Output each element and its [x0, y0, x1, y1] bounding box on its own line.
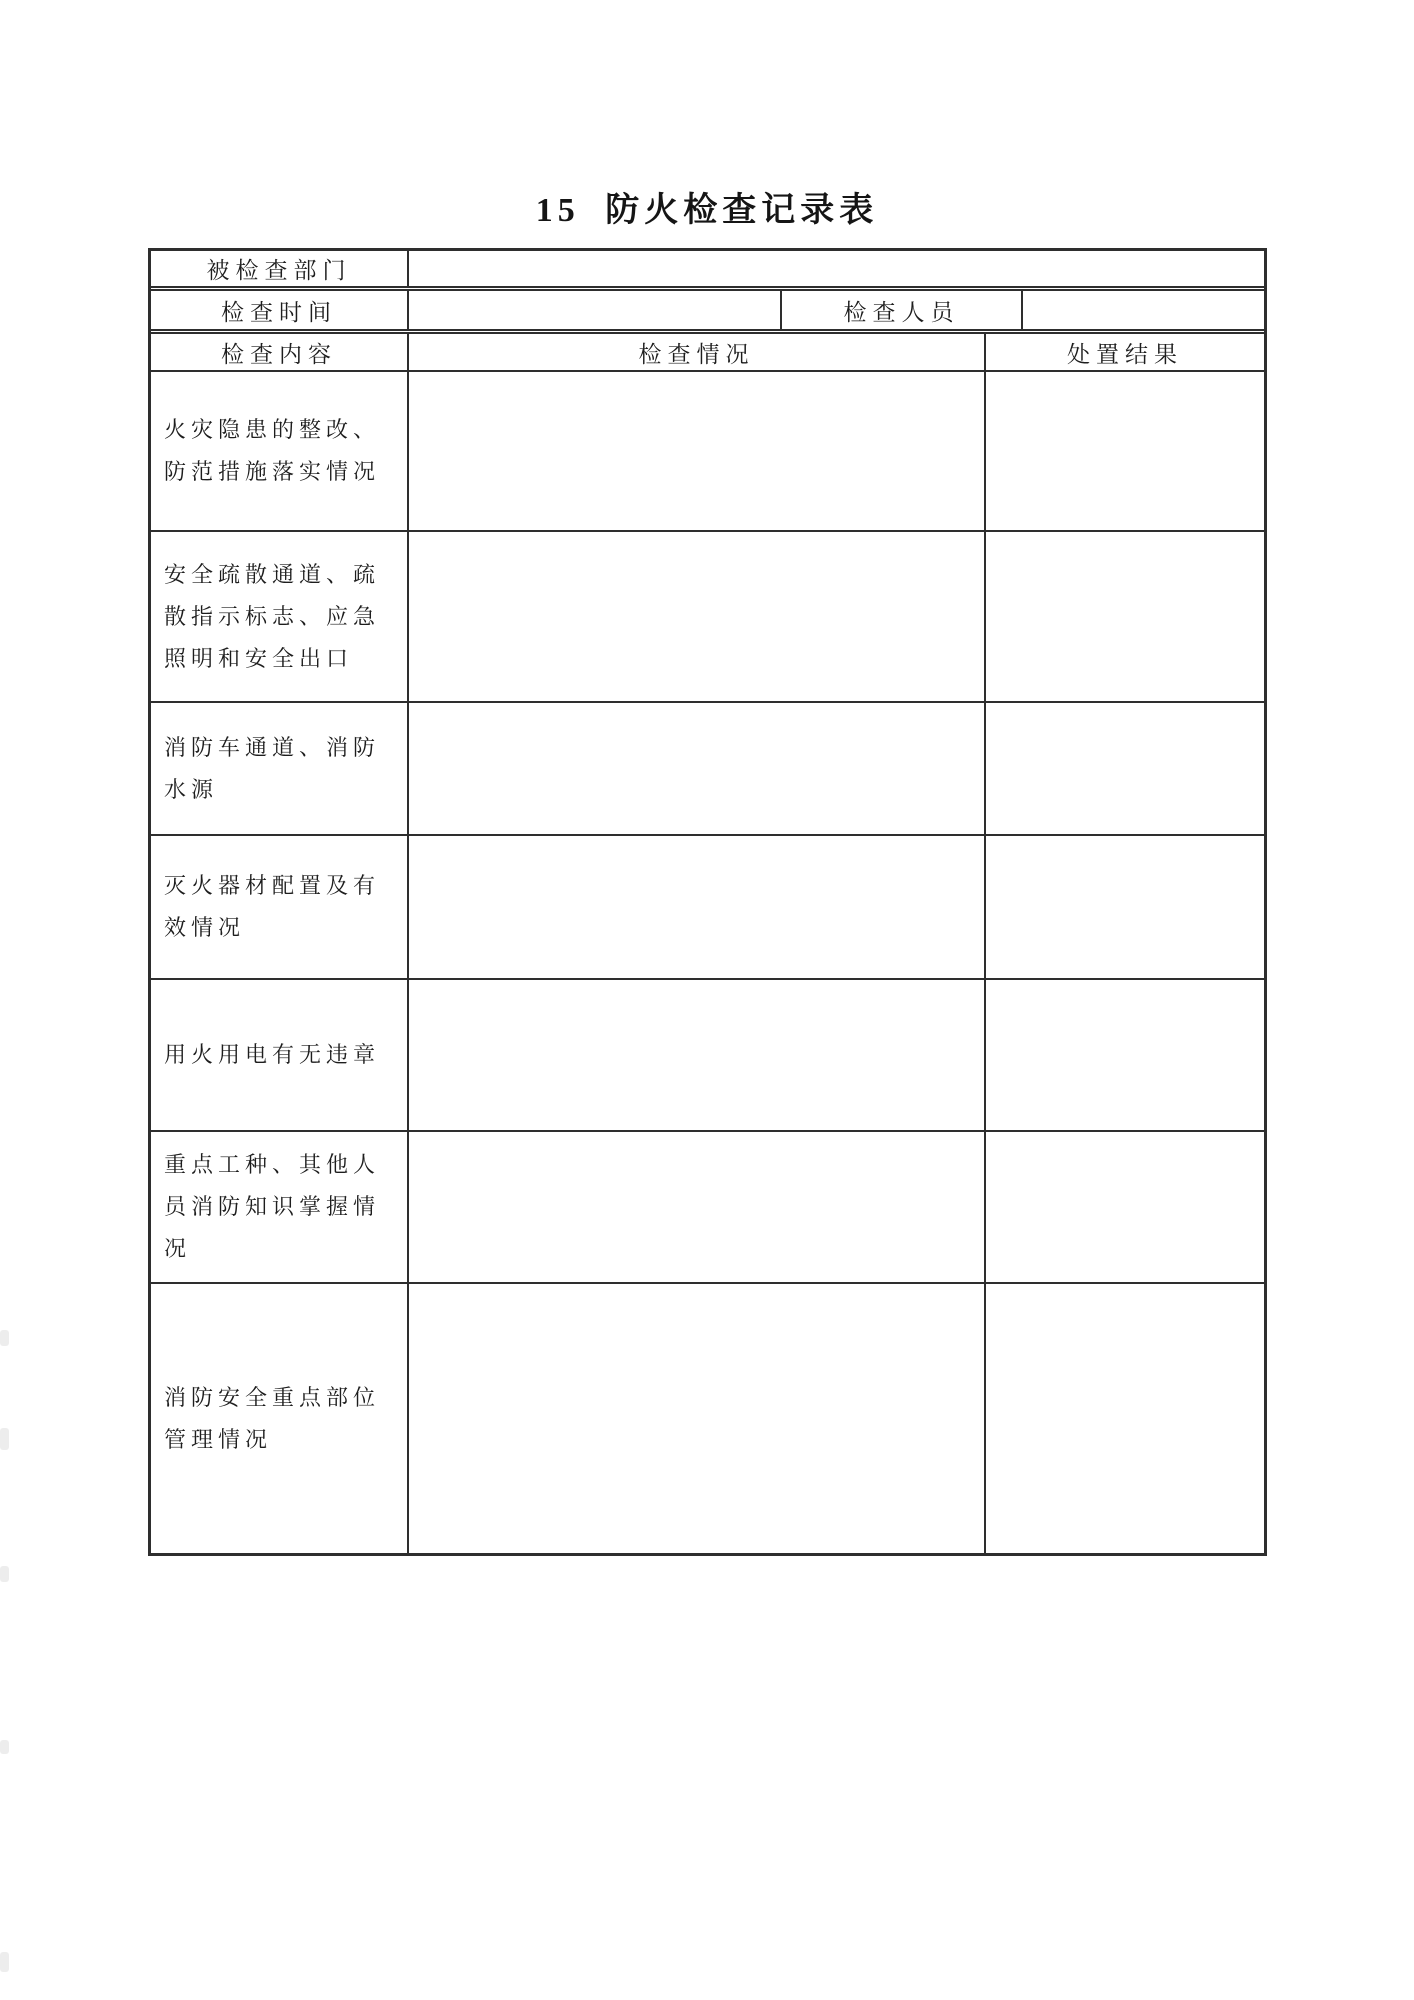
scan-artifact	[0, 1330, 9, 1346]
result-cell	[986, 372, 1264, 530]
result-cell	[986, 836, 1264, 978]
table-row: 安全疏散通道、疏 散指示标志、应急 照明和安全出口	[151, 532, 1264, 703]
table-row: 用火用电有无违章	[151, 980, 1264, 1132]
scan-artifact	[0, 1952, 9, 1972]
content-label-cell: 消防车通道、消防 水源	[151, 703, 409, 834]
situation-cell	[409, 1132, 986, 1282]
table-row: 火灾隐患的整改、 防范措施落实情况	[151, 372, 1264, 532]
situation-cell	[409, 1284, 986, 1553]
result-cell	[986, 1284, 1264, 1553]
personnel-label: 检查人员	[844, 294, 960, 327]
time-label: 检查时间	[221, 294, 337, 327]
content-label: 用火用电有无违章	[164, 1034, 380, 1076]
table-row: 消防安全重点部位 管理情况	[151, 1284, 1264, 1553]
situation-cell	[409, 980, 986, 1130]
department-label: 被检查部门	[207, 252, 352, 285]
header-result-cell: 处置结果	[986, 334, 1264, 370]
result-cell	[986, 703, 1264, 834]
personnel-label-cell: 检查人员	[782, 291, 1023, 329]
scan-artifact	[0, 1740, 9, 1754]
header-content-cell: 检查内容	[151, 334, 409, 370]
page-title: 15 防火检查记录表	[0, 182, 1414, 231]
table-row: 消防车通道、消防 水源	[151, 703, 1264, 836]
table-row: 重点工种、其他人 员消防知识掌握情 况	[151, 1132, 1264, 1284]
scan-artifact	[0, 1566, 9, 1582]
content-label-cell: 重点工种、其他人 员消防知识掌握情 况	[151, 1132, 409, 1282]
result-cell	[986, 1132, 1264, 1282]
content-label: 安全疏散通道、疏 散指示标志、应急 照明和安全出口	[164, 554, 380, 680]
scan-artifact	[0, 1428, 9, 1450]
table-row: 灭火器材配置及有 效情况	[151, 836, 1264, 980]
document-page: 15 防火检查记录表 被检查部门 检查时间 检查人员	[0, 0, 1414, 2000]
table-header-row: 检查内容 检查情况 处置结果	[151, 334, 1264, 372]
content-label-cell: 灭火器材配置及有 效情况	[151, 836, 409, 978]
content-label: 重点工种、其他人 员消防知识掌握情 况	[164, 1144, 380, 1270]
content-label: 消防安全重点部位 管理情况	[164, 1377, 380, 1461]
situation-cell	[409, 703, 986, 834]
department-value-cell	[409, 251, 1264, 286]
content-label-cell: 消防安全重点部位 管理情况	[151, 1284, 409, 1553]
header-situation: 检查情况	[639, 336, 755, 369]
result-cell	[986, 980, 1264, 1130]
situation-cell	[409, 532, 986, 701]
situation-cell	[409, 836, 986, 978]
department-label-cell: 被检查部门	[151, 251, 409, 286]
table-row-time-personnel: 检查时间 检查人员	[151, 291, 1264, 334]
content-label-cell: 安全疏散通道、疏 散指示标志、应急 照明和安全出口	[151, 532, 409, 701]
header-result: 处置结果	[1067, 336, 1183, 369]
situation-cell	[409, 372, 986, 530]
time-label-cell: 检查时间	[151, 291, 409, 329]
header-situation-cell: 检查情况	[409, 334, 986, 370]
header-content: 检查内容	[221, 336, 337, 369]
fire-inspection-table: 被检查部门 检查时间 检查人员 检查内容	[148, 248, 1267, 1556]
content-label-cell: 用火用电有无违章	[151, 980, 409, 1130]
time-value-cell	[409, 291, 782, 329]
content-label: 火灾隐患的整改、 防范措施落实情况	[164, 409, 380, 493]
personnel-value-cell	[1023, 291, 1264, 329]
table-row-department: 被检查部门	[151, 251, 1264, 291]
result-cell	[986, 532, 1264, 701]
content-label-cell: 火灾隐患的整改、 防范措施落实情况	[151, 372, 409, 530]
content-label: 灭火器材配置及有 效情况	[164, 865, 380, 949]
content-label: 消防车通道、消防 水源	[164, 727, 380, 811]
